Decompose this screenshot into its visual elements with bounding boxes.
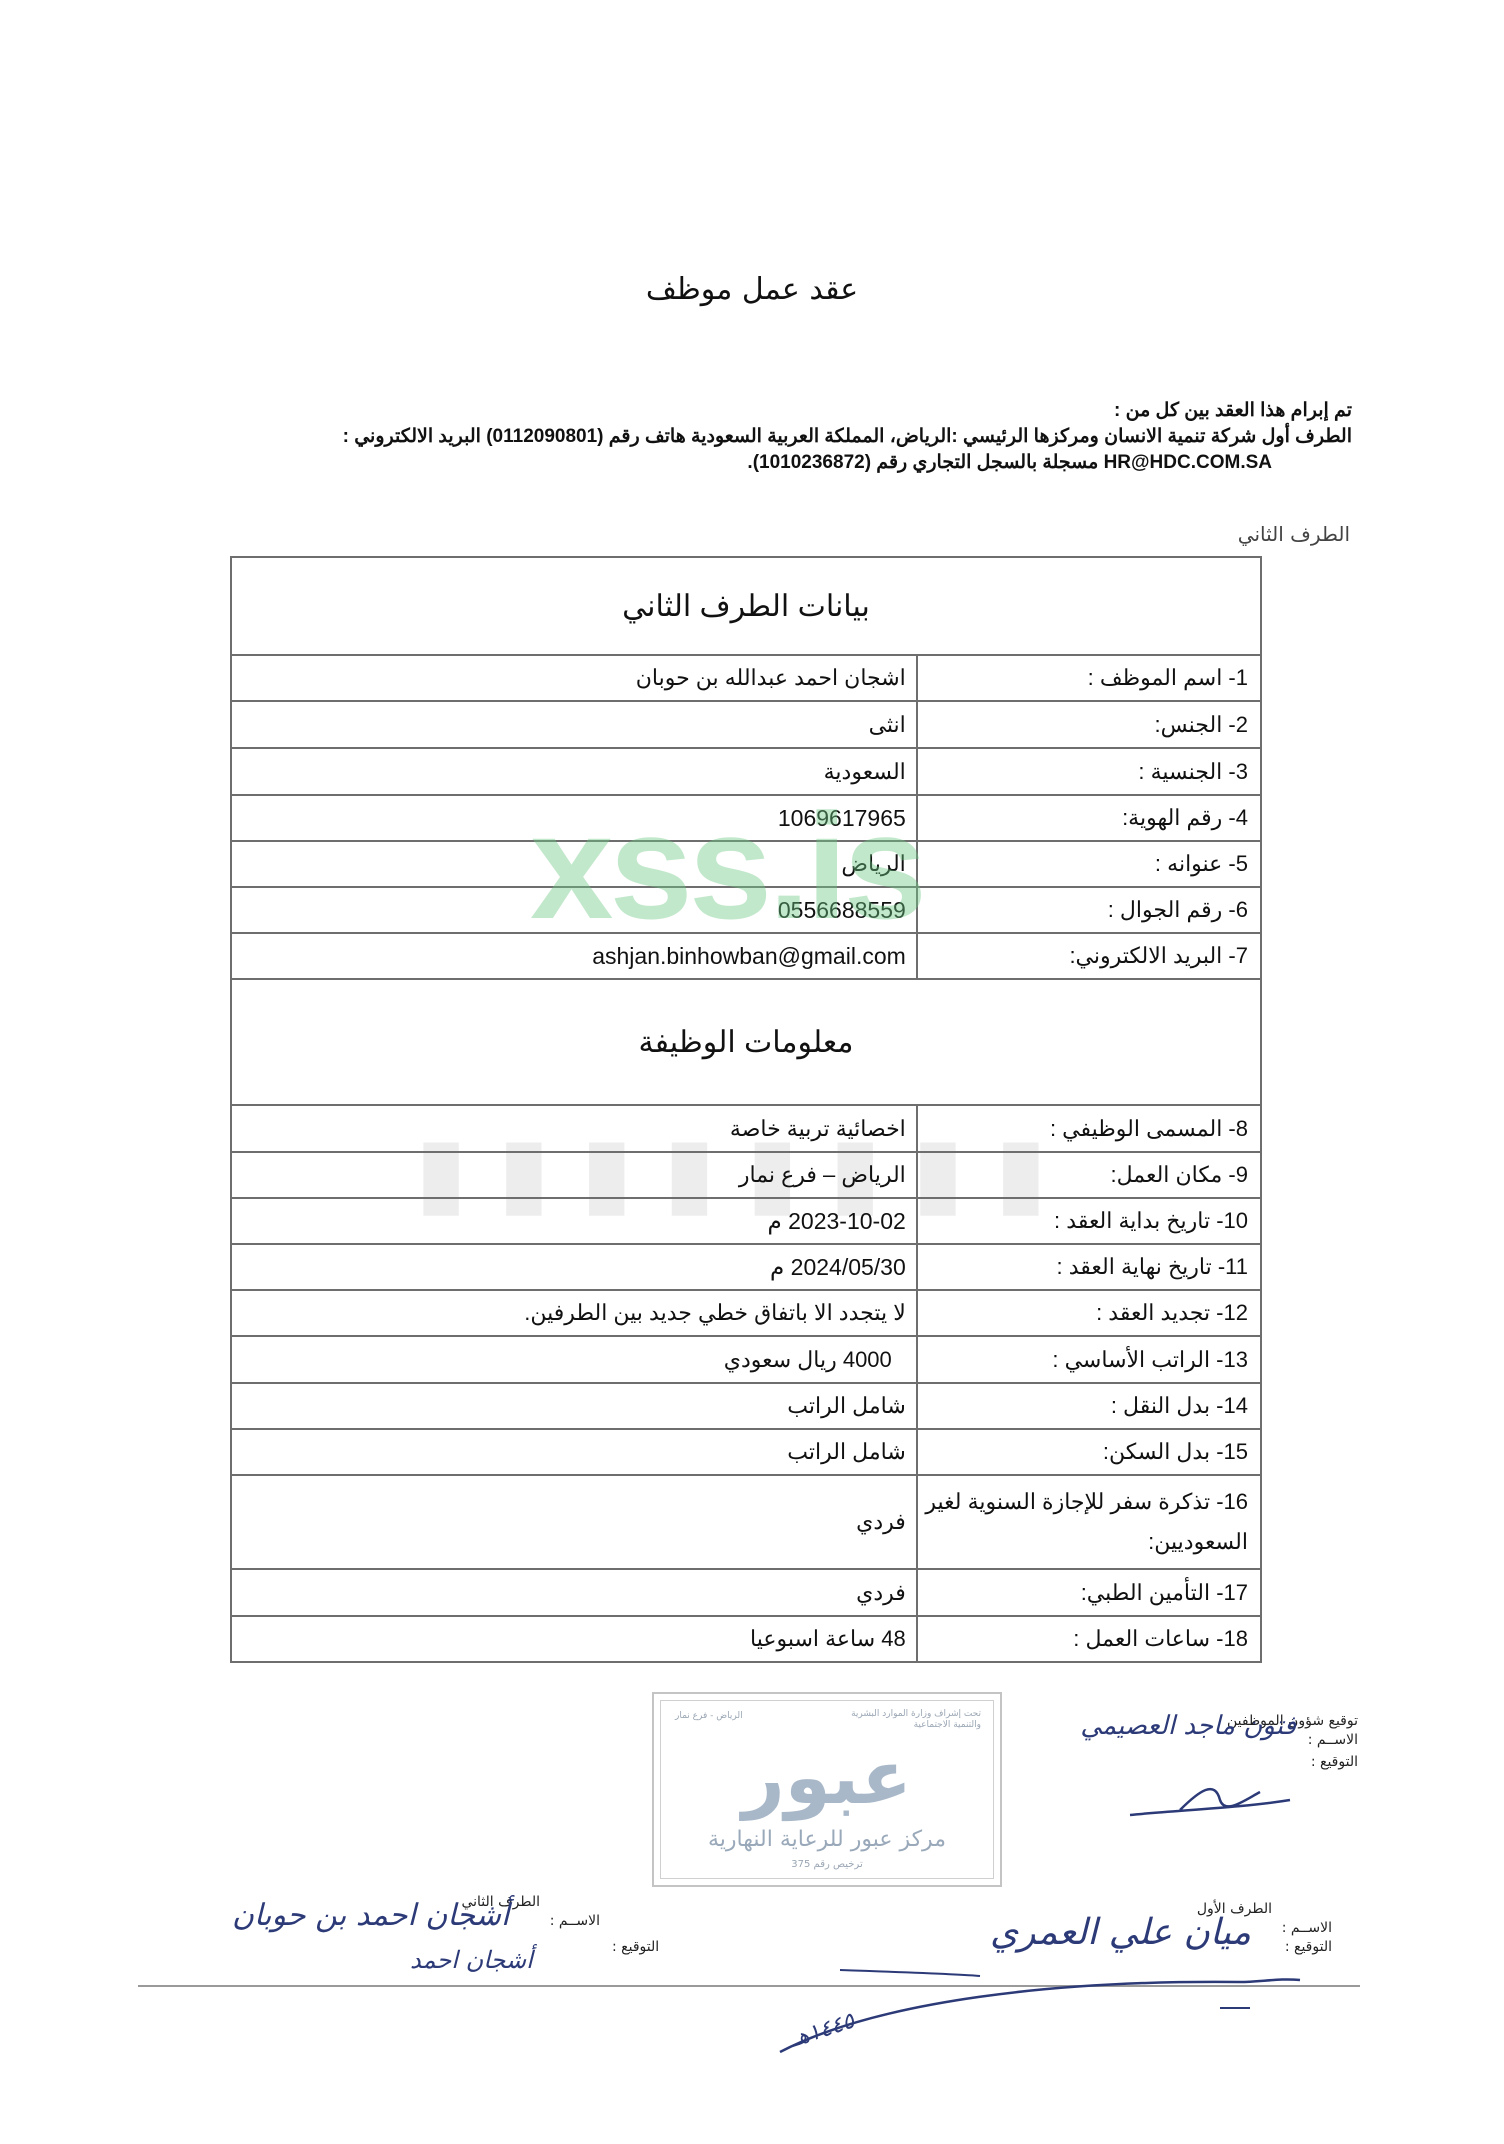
- stamp-logo: عبور: [661, 1735, 993, 1821]
- table-row: 1- اسم الموظف : اشجان احمد عبدالله بن حو…: [231, 655, 1261, 701]
- row-label: 12- تجديد العقد :: [917, 1290, 1261, 1336]
- row-label: 16- تذكرة سفر للإجازة السنوية لغير السعو…: [917, 1475, 1261, 1569]
- row-value: ashjan.binhowban@gmail.com: [231, 933, 917, 979]
- row-value: 1069617965: [231, 795, 917, 841]
- row-label: 7- البريد الالكتروني:: [917, 933, 1261, 979]
- table-row: 6- رقم الجوال : 0556688559: [231, 887, 1261, 933]
- row-label: 15- بدل السكن:: [917, 1429, 1261, 1475]
- contract-intro: تم إبرام هذا العقد بين كل من : الطرف أول…: [122, 398, 1352, 476]
- job-info-heading: معلومات الوظيفة: [231, 979, 1261, 1105]
- hr-signature-block: توقيع شؤون الموظفين الاســم : فتون ماجد …: [1078, 1712, 1358, 1772]
- row-value: لا يتجدد الا باتفاق خطي جديد بين الطرفين…: [231, 1290, 917, 1336]
- stamp-license-number: ترخيص رقم 375: [661, 1859, 993, 1870]
- row-label: 18- ساعات العمل :: [917, 1616, 1261, 1662]
- row-value: 48 ساعة اسبوعيا: [231, 1616, 917, 1662]
- second-party-sign-label: التوقيع :: [612, 1938, 659, 1957]
- table-row: 15- بدل السكن: شامل الراتب: [231, 1429, 1261, 1475]
- stamp-ministry-text: تحت إشراف وزارة الموارد البشرية والتنمية…: [831, 1709, 981, 1731]
- second-party-heading: بيانات الطرف الثاني: [231, 557, 1261, 655]
- signature-divider: [138, 1985, 1360, 1987]
- table-row: 5- عنوانه : الرياض: [231, 841, 1261, 887]
- row-value: اشجان احمد عبدالله بن حوبان: [231, 655, 917, 701]
- row-value: فردي: [231, 1569, 917, 1616]
- row-label: 6- رقم الجوال :: [917, 887, 1261, 933]
- row-label: 13- الراتب الأساسي :: [917, 1336, 1261, 1383]
- row-label: 3- الجنسية :: [917, 748, 1261, 795]
- second-party-label: الطرف الثاني: [1238, 522, 1350, 546]
- table-row: 10- تاريخ بداية العقد : 2023-10-02 م: [231, 1198, 1261, 1244]
- row-label: 14- بدل النقل :: [917, 1383, 1261, 1429]
- row-value: السعودية: [231, 748, 917, 795]
- table-row: 2- الجنس: انثى: [231, 701, 1261, 748]
- row-value: شامل الراتب: [231, 1429, 917, 1475]
- stamp-center-name: مركز عبور للرعاية النهارية: [661, 1827, 993, 1852]
- table-row: 7- البريد الالكتروني: ashjan.binhowban@g…: [231, 933, 1261, 979]
- row-label: 5- عنوانه :: [917, 841, 1261, 887]
- row-label: 4- رقم الهوية:: [917, 795, 1261, 841]
- table-row: 8- المسمى الوظيفي : اخصائية تربية خاصة: [231, 1105, 1261, 1152]
- row-value: انثى: [231, 701, 917, 748]
- hr-name-handwritten: فتون ماجد العصيمي: [1080, 1717, 1296, 1736]
- table-row: 14- بدل النقل : شامل الراتب: [231, 1383, 1261, 1429]
- row-label: 8- المسمى الوظيفي :: [917, 1105, 1261, 1152]
- table-row: 13- الراتب الأساسي : 4000 ريال سعودي: [231, 1336, 1261, 1383]
- table-row: 4- رقم الهوية: 1069617965: [231, 795, 1261, 841]
- table-row: 11- تاريخ نهاية العقد : 2024/05/30 م: [231, 1244, 1261, 1290]
- row-value: 4000 ريال سعودي: [231, 1336, 917, 1383]
- intro-line-1: تم إبرام هذا العقد بين كل من :: [122, 398, 1352, 424]
- second-party-signature-handwritten: أشجان احمد: [410, 1946, 533, 1974]
- company-stamp: تحت إشراف وزارة الموارد البشرية والتنمية…: [652, 1692, 1002, 1887]
- stamp-branch-text: الرياض - فرع نمار: [675, 1711, 743, 1721]
- row-label: 1- اسم الموظف :: [917, 655, 1261, 701]
- row-value: 2024/05/30 م: [231, 1244, 917, 1290]
- row-value: فردي: [231, 1475, 917, 1569]
- table-row: 9- مكان العمل: الرياض – فرع نمار: [231, 1152, 1261, 1198]
- row-value: الرياض: [231, 841, 917, 887]
- table-row: 12- تجديد العقد : لا يتجدد الا باتفاق خط…: [231, 1290, 1261, 1336]
- row-label: 17- التأمين الطبي:: [917, 1569, 1261, 1616]
- hr-signature-scribble: [1120, 1770, 1300, 1830]
- row-label: 2- الجنس:: [917, 701, 1261, 748]
- table-row: 17- التأمين الطبي: فردي: [231, 1569, 1261, 1616]
- row-value: 2023-10-02 م: [231, 1198, 917, 1244]
- table-row: 18- ساعات العمل : 48 ساعة اسبوعيا: [231, 1616, 1261, 1662]
- row-label: 10- تاريخ بداية العقد :: [917, 1198, 1261, 1244]
- document-title: عقد عمل موظف: [0, 272, 1504, 307]
- row-value: الرياض – فرع نمار: [231, 1152, 917, 1198]
- table-row: 16- تذكرة سفر للإجازة السنوية لغير السعو…: [231, 1475, 1261, 1569]
- row-label: 11- تاريخ نهاية العقد :: [917, 1244, 1261, 1290]
- table-row: 3- الجنسية : السعودية: [231, 748, 1261, 795]
- row-value: اخصائية تربية خاصة: [231, 1105, 917, 1152]
- second-party-name-handwritten: أشجان احمد بن حوبان: [232, 1898, 509, 1933]
- hijri-date-handwritten: ١٤٤٥هـ: [788, 2009, 858, 2053]
- intro-line-2: الطرف أول شركة تنمية الانسان ومركزها الر…: [122, 424, 1352, 450]
- hr-name-label: الاســم :: [1308, 1732, 1358, 1748]
- row-value: 0556688559: [231, 887, 917, 933]
- first-party-name-handwritten: ميان علي العمري: [990, 1912, 1251, 1953]
- hr-sign-label: التوقيع :: [1078, 1753, 1358, 1772]
- contract-table: بيانات الطرف الثاني 1- اسم الموظف : اشجا…: [230, 556, 1262, 1663]
- row-label: 9- مكان العمل:: [917, 1152, 1261, 1198]
- row-value: شامل الراتب: [231, 1383, 917, 1429]
- intro-line-3: HR@HDC.COM.SA مسجلة بالسجل التجاري رقم (…: [122, 450, 1352, 476]
